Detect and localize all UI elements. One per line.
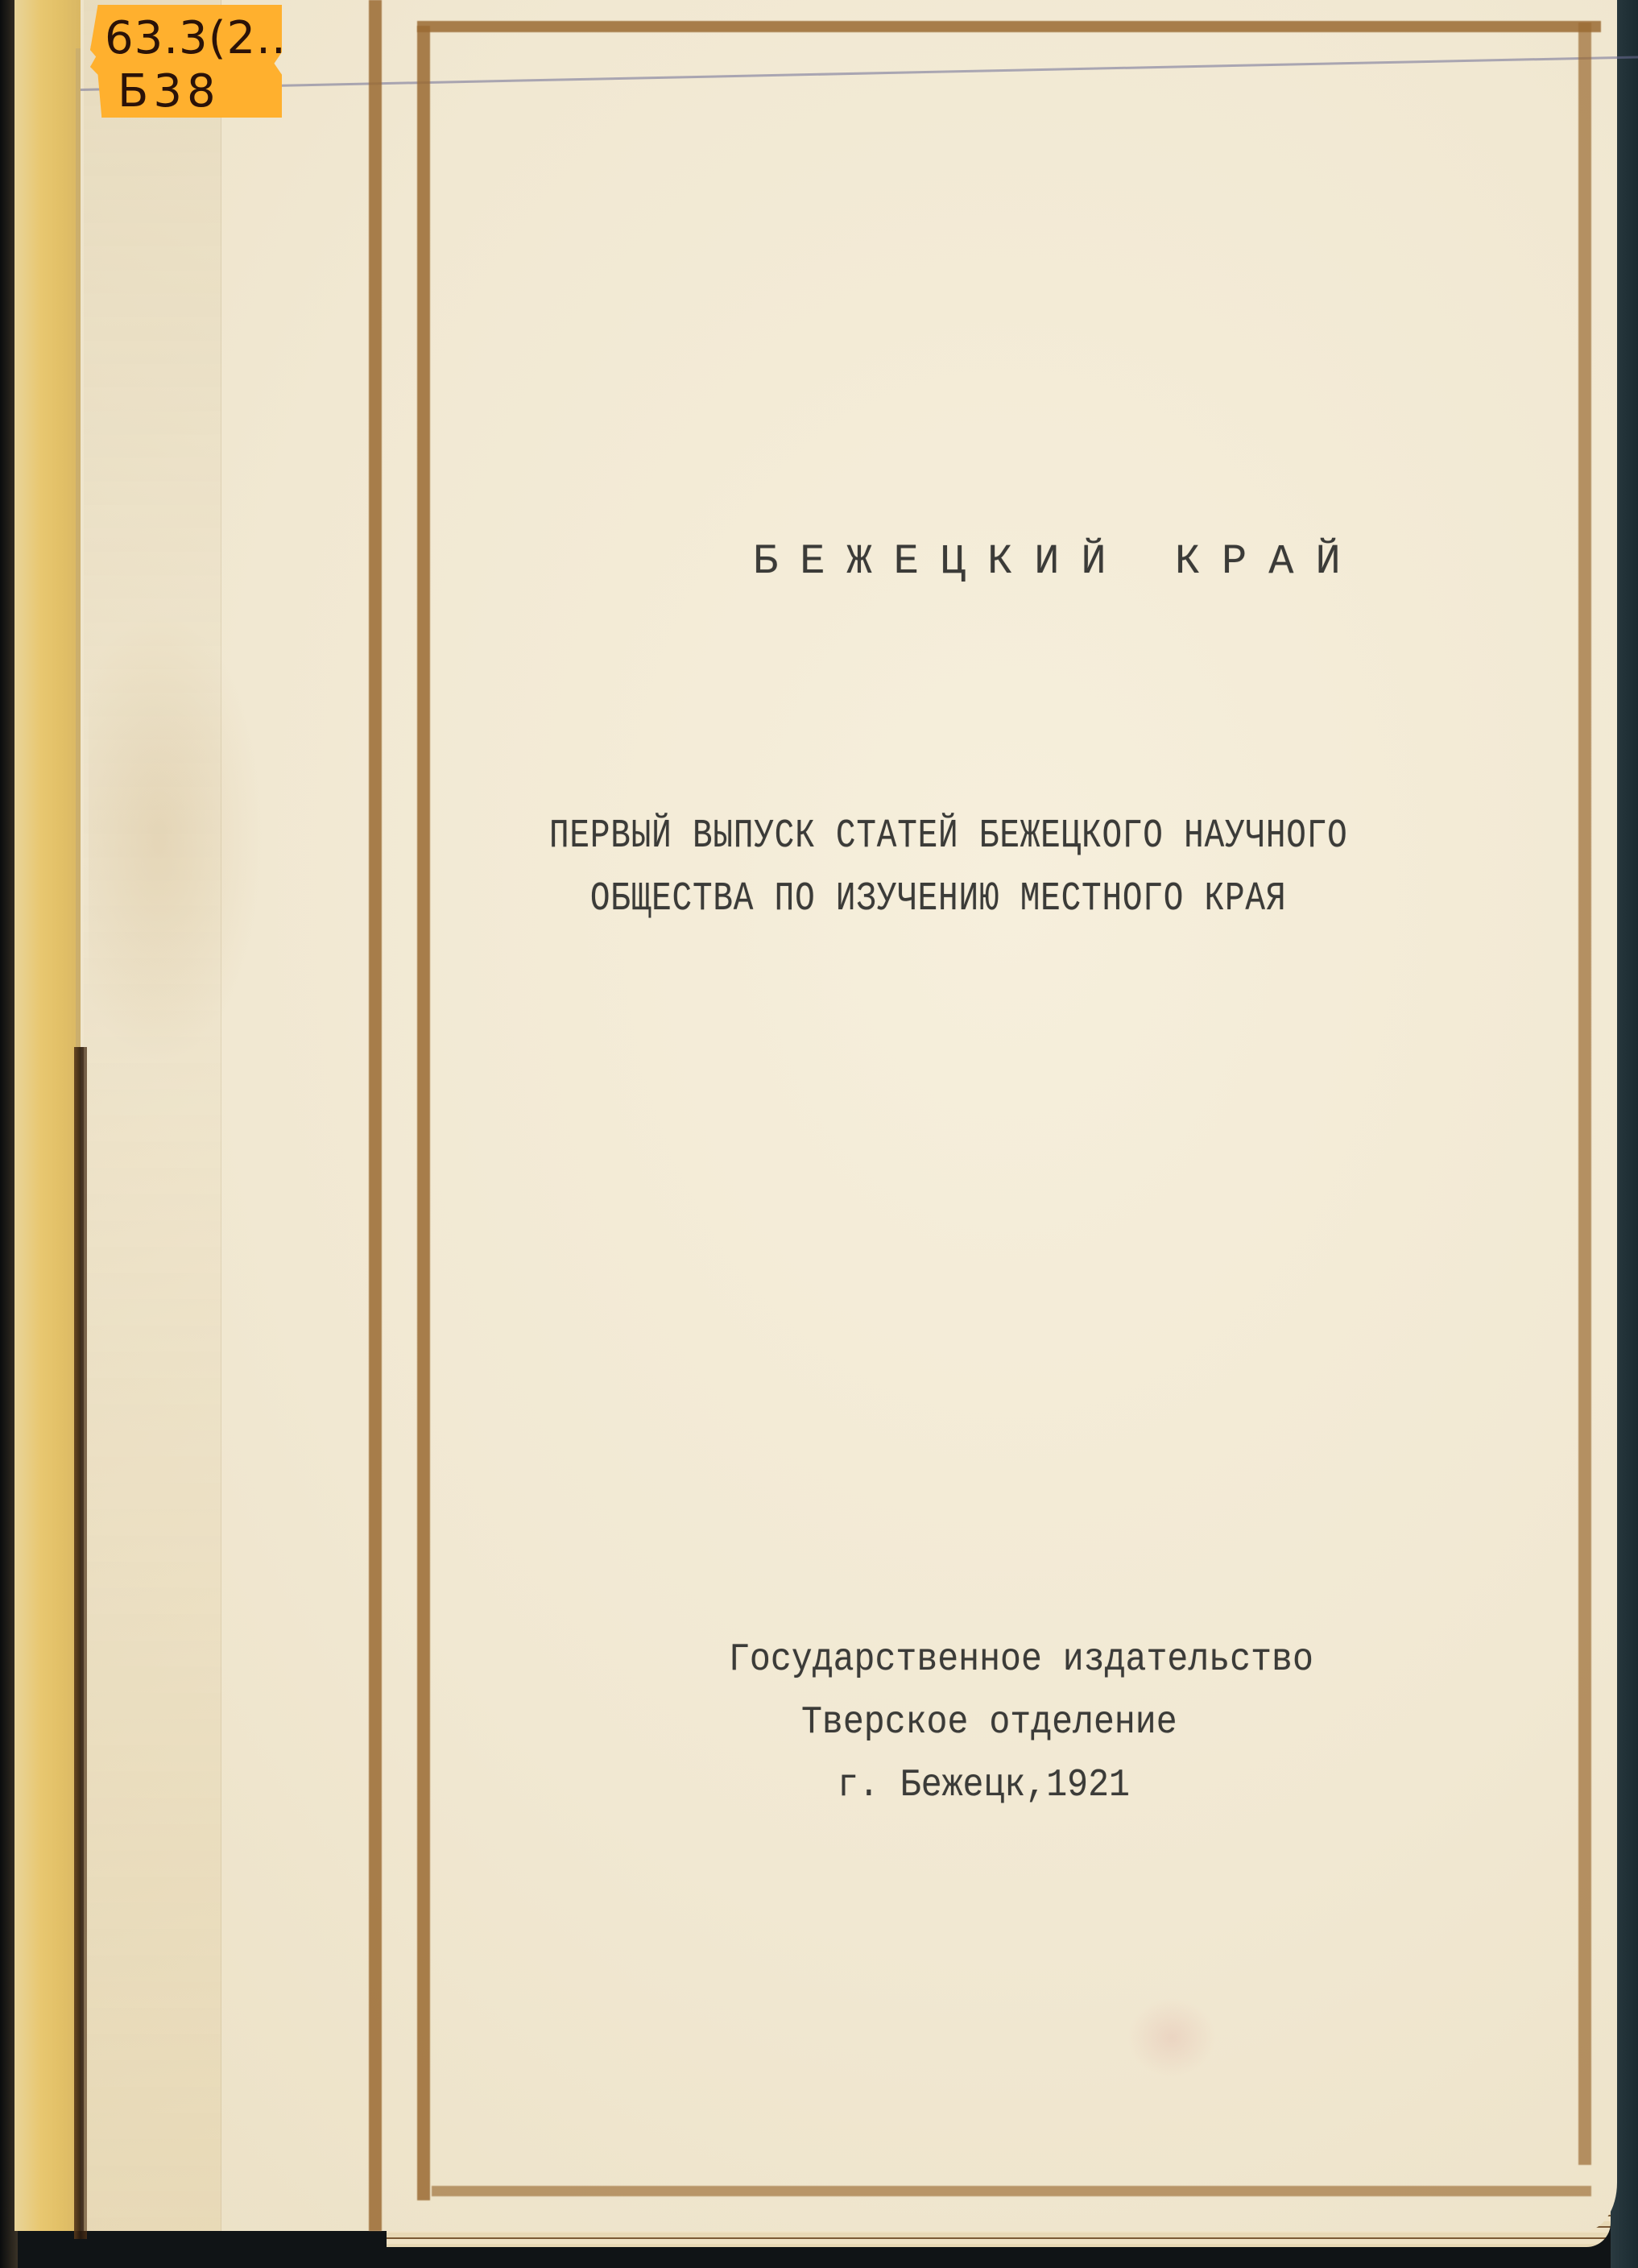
document-scan: 63.3(2...) Б38 БЕЖЕЦКИЙ КРАЙ ПЕРВЫЙ ВЫПУ… bbox=[0, 0, 1638, 2268]
border-rule-bottom bbox=[432, 2186, 1591, 2196]
border-rule-right bbox=[1578, 23, 1591, 2165]
water-stain bbox=[89, 612, 266, 1063]
shelf-author-mark: Б38 bbox=[118, 69, 221, 114]
library-shelf-label: 63.3(2...) Б38 bbox=[90, 5, 282, 118]
imprint: Государственное издательство Тверское от… bbox=[729, 1629, 1313, 1817]
border-rule-outer-left bbox=[369, 0, 382, 2231]
water-stain-band bbox=[84, 0, 221, 2231]
subtitle-line-2: ОБЩЕСТВА ПО ИЗУЧЕНИЮ МЕСТНОГО КРАЯ bbox=[549, 868, 1348, 931]
border-rule-left bbox=[417, 26, 430, 2200]
spine-tape bbox=[14, 0, 81, 2231]
imprint-publisher: Государственное издательство bbox=[729, 1629, 1313, 1691]
book-subtitle: ПЕРВЫЙ ВЫПУСК СТАТЕЙ БЕЖЕЦКОГО НАУЧНОГО … bbox=[549, 805, 1348, 931]
spine-edge bbox=[76, 48, 81, 1047]
imprint-place-year: г. Бежецк,1921 bbox=[729, 1754, 1313, 1817]
book-title: БЕЖЕЦКИЙ КРАЙ bbox=[753, 538, 1363, 586]
border-rule-top bbox=[417, 21, 1601, 32]
subtitle-line-1: ПЕРВЫЙ ВЫПУСК СТАТЕЙ БЕЖЕЦКОГО НАУЧНОГО bbox=[549, 813, 1348, 859]
cover-sheet bbox=[14, 0, 1617, 2231]
faded-stamp bbox=[1127, 1997, 1216, 2078]
imprint-branch: Тверское отделение bbox=[729, 1691, 1313, 1754]
